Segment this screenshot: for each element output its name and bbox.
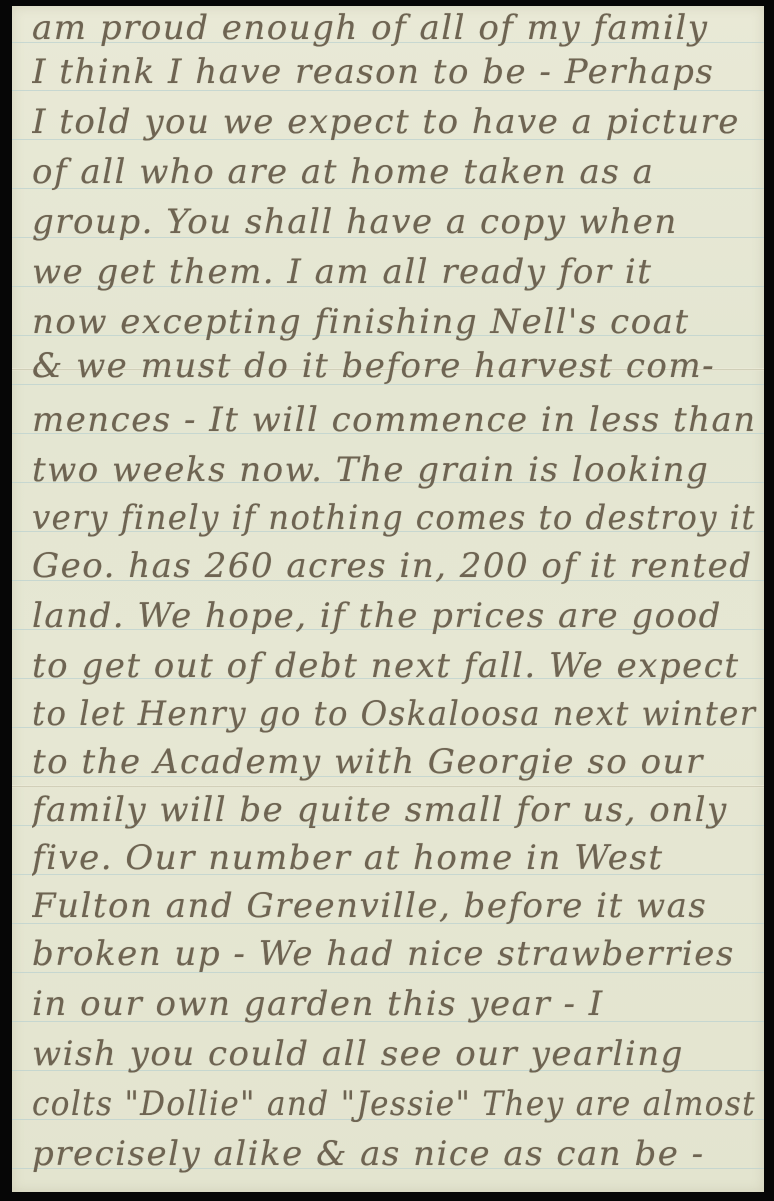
text-line: wish you could all see our yearling [32, 1034, 756, 1074]
text-line: in our own garden this year - I [32, 984, 756, 1024]
letter-page: am proud enough of all of my family I th… [12, 6, 764, 1192]
text-line: very finely if nothing comes to destroy … [32, 498, 756, 538]
scan-frame: am proud enough of all of my family I th… [0, 0, 774, 1201]
text-line: I told you we expect to have a picture [32, 102, 756, 142]
text-line: to let Henry go to Oskaloosa next winter [32, 694, 756, 734]
text-line: Fulton and Greenville, before it was [32, 886, 756, 926]
handwritten-text: am proud enough of all of my family I th… [12, 6, 764, 1192]
text-line: land. We hope, if the prices are good [32, 596, 756, 636]
text-line: family will be quite small for us, only [32, 790, 756, 830]
text-line: I think I have reason to be - Perhaps [32, 52, 756, 92]
text-line: of all who are at home taken as a [32, 152, 756, 192]
text-line: to the Academy with Georgie so our [32, 742, 756, 782]
text-line: we get them. I am all ready for it [32, 252, 756, 292]
text-line: two weeks now. The grain is looking [32, 450, 756, 490]
text-line: colts "Dollie" and "Jessie" They are alm… [32, 1084, 756, 1124]
text-line: Geo. has 260 acres in, 200 of it rented [32, 546, 756, 586]
text-line: now excepting finishing Nell's coat [32, 302, 756, 342]
text-line: to get out of debt next fall. We expect [32, 646, 756, 686]
text-line: mences - It will commence in less than [32, 400, 756, 440]
text-line: five. Our number at home in West [32, 838, 756, 878]
text-line: am proud enough of all of my family [32, 8, 756, 48]
text-line: group. You shall have a copy when [32, 202, 756, 242]
text-line: broken up - We had nice strawberries [32, 934, 756, 974]
text-line: & we must do it before harvest com- [32, 346, 756, 386]
text-line: precisely alike & as nice as can be - [32, 1134, 756, 1174]
